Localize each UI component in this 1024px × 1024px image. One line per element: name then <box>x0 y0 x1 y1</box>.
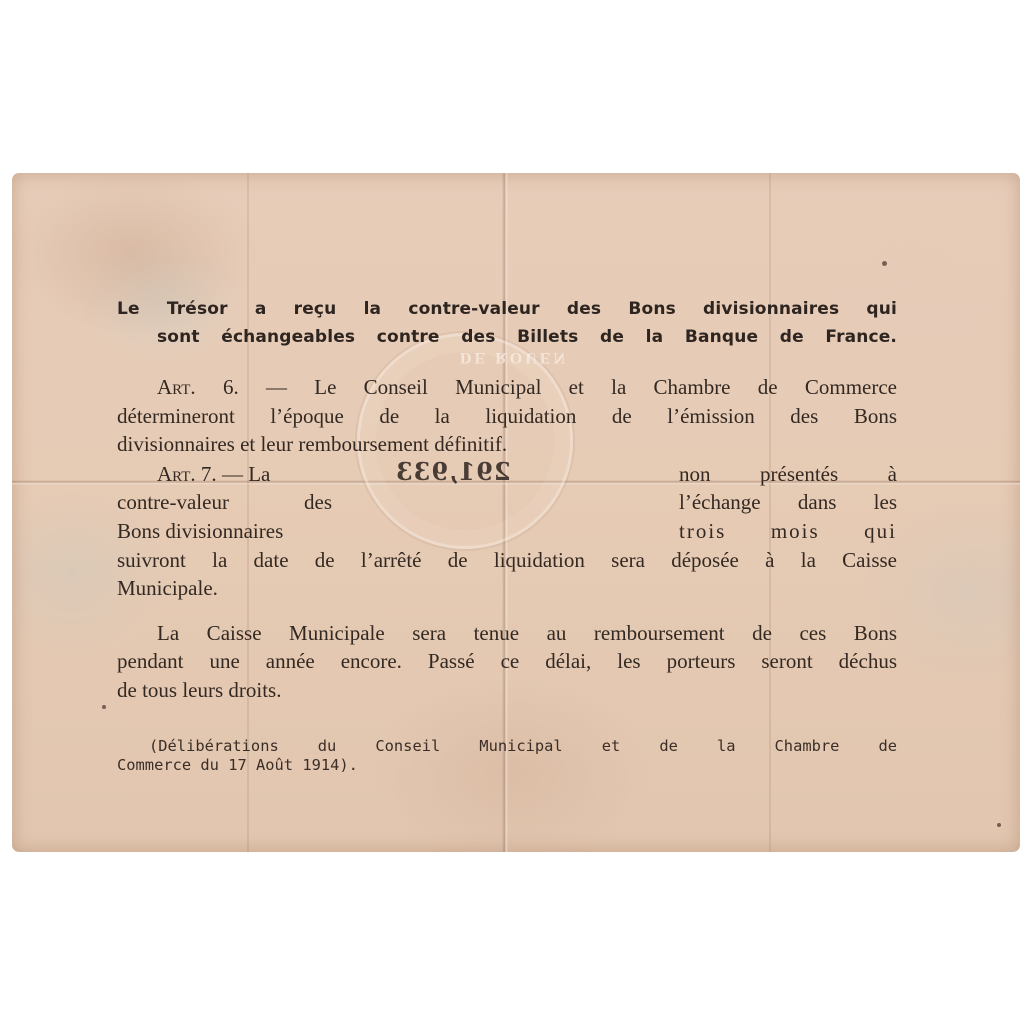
treasury-heading: Le Trésor a reçu la contre-valeur des Bo… <box>117 295 897 351</box>
serial-number-bleedthrough: 291,933 <box>395 458 511 487</box>
article-7-right-column: non présentés à l’échange dans les trois… <box>679 460 897 546</box>
ink-spot <box>997 823 1001 827</box>
article-7-left-column: Art. 7. — La contre-valeur des Bons divi… <box>117 460 332 546</box>
article-6: Art. 6. — Le Conseil Municipal et la Cha… <box>117 373 897 459</box>
ink-spot <box>882 261 887 266</box>
ink-spot <box>102 705 106 709</box>
legal-text: Le Trésor a reçu la contre-valeur des Bo… <box>117 295 897 790</box>
banknote-reverse: DE ROUEN Le Trésor a reçu la contre-vale… <box>12 173 1020 852</box>
caisse-paragraph: La Caisse Municipale sera tenue au rembo… <box>117 619 897 705</box>
article-6-label: Art. 6. <box>157 375 239 399</box>
article-7: Art. 7. — La contre-valeur des Bons divi… <box>117 460 897 605</box>
deliberations-footnote: (Délibérations du Conseil Municipal et d… <box>117 737 897 775</box>
article-7-label: Art. 7. <box>157 462 217 486</box>
